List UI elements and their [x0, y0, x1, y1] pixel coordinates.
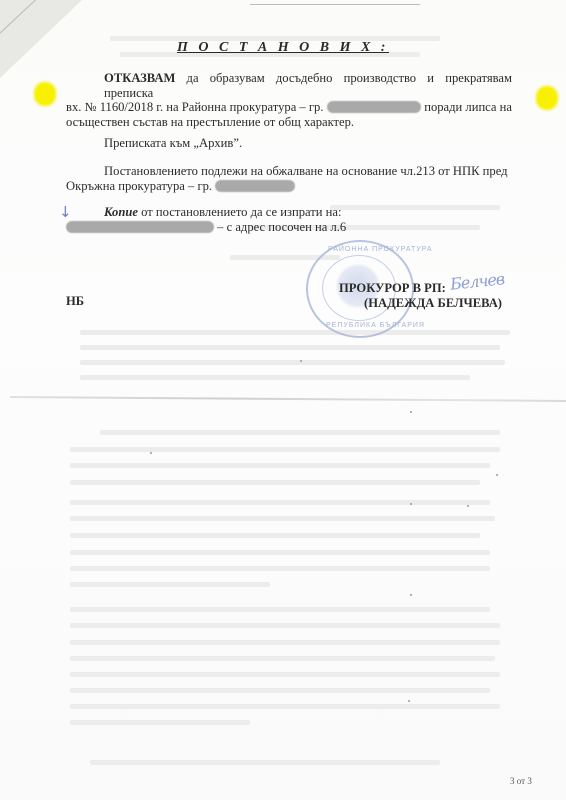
- redacted-recipient: [66, 221, 214, 233]
- prosecutor-title: ПРОКУРОР В РП:: [339, 281, 446, 296]
- decision-line-1: ОТКАЗВАМ да образувам досъдебно производ…: [66, 71, 512, 100]
- stamp-bottom-text: РЕПУБЛИКА БЪЛГАРИЯ: [326, 322, 425, 329]
- appeal-line-2-text: Окръжна прокуратура – гр.: [66, 179, 212, 193]
- copy-paragraph: Копие от постановлението да се изпрати н…: [66, 205, 512, 234]
- yellow-highlight-mark-right: [536, 86, 558, 110]
- copy-line-1: Копие от постановлението да се изпрати н…: [66, 205, 512, 220]
- copy-line-2-text: – с адрес посочен на л.6: [217, 220, 346, 234]
- decision-line-2: вх. № 1160/2018 г. на Районна прокуратур…: [66, 100, 512, 115]
- decision-paragraph: ОТКАЗВАМ да образувам досъдебно производ…: [66, 71, 512, 129]
- refuse-keyword: ОТКАЗВАМ: [104, 71, 175, 85]
- case-number-text: вх. № 1160/2018 г. на Районна прокуратур…: [66, 100, 323, 115]
- decision-line-2-end: поради липса на: [424, 100, 512, 115]
- appeal-line-2: Окръжна прокуратура – гр.: [66, 179, 512, 194]
- document-heading: П О С Т А Н О В И Х :: [0, 40, 566, 56]
- paper-crease: [10, 396, 566, 402]
- appeal-paragraph: Постановлението подлежи на обжалване на …: [66, 164, 512, 193]
- prosecutor-name: (НАДЕЖДА БЕЛЧЕВА): [364, 296, 502, 311]
- redacted-city: [215, 180, 295, 192]
- stamp-top-text: РАЙОННА ПРОКУРАТУРА: [328, 246, 433, 253]
- archive-text: Преписката към „Архив”.: [66, 136, 512, 151]
- copy-line-2: – с адрес посочен на л.6: [66, 220, 512, 235]
- copy-line-1-text: от постановлението да се изпрати на:: [138, 205, 342, 219]
- yellow-highlight-mark-left: [34, 82, 56, 106]
- archive-paragraph: Преписката към „Архив”.: [66, 136, 512, 151]
- author-initials: НБ: [66, 294, 84, 309]
- scanned-document-page: П О С Т А Н О В И Х : ОТКАЗВАМ да образу…: [0, 0, 566, 800]
- redacted-city: [327, 101, 421, 113]
- page-number: 3 от 3: [510, 776, 532, 786]
- handwritten-signature: Белчев: [449, 269, 505, 294]
- decision-line-3: осъществен състав на престъпление от общ…: [66, 115, 512, 130]
- scan-artifact-line: [250, 4, 420, 5]
- folded-corner: [0, 0, 82, 78]
- copy-keyword: Копие: [104, 205, 138, 219]
- appeal-line-1: Постановлението подлежи на обжалване на …: [66, 164, 512, 179]
